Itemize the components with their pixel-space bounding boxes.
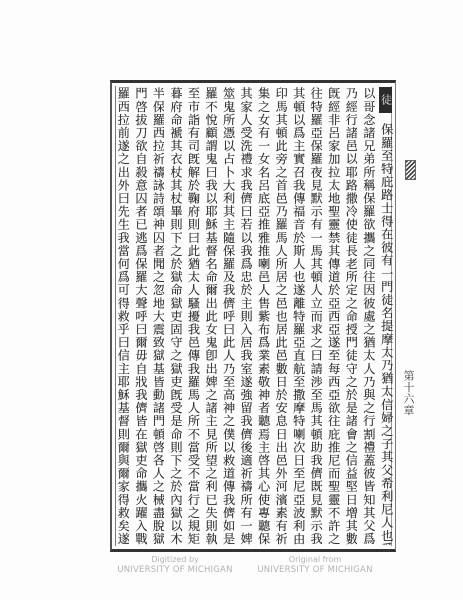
text-column: 印馬其頓此旁之首邑乃羅馬人所居之邑也居此邑數日於安息日出邑外河濱素有祈禱處坐而傳… [274, 87, 287, 545]
text-column: 羅不悅顧謂鬼曰我以耶穌基督名命爾出此女鬼卽出婢之諸主見所望之利已失則執保羅西拉曳 [204, 87, 217, 545]
text-column: 暮府命褫其衣杖其杖畢則下之於獄命獄吏固守之獄吏旣受是命則下之於內獄以木堅梏其足夜 [169, 87, 182, 545]
watermark-institution: UNIVERSITY OF MICHIGAN [250, 565, 380, 575]
text-column: 其家人受洗禮求我儕曰若以我爲忠於主則入居我室遂強留我儕後適祈禱所有一婢遇我儕爲卜 [239, 87, 252, 545]
digitized-by-watermark: Digitized by UNIVERSITY OF MICHIGAN [110, 555, 240, 575]
watermark-caption: Original from [250, 555, 380, 565]
text-column: 往特羅亞保羅夜見默示有一馬其頓人立而求之曰請渉至馬其頓助我儕既見默示我儕遂圖往馬 [309, 87, 322, 545]
text-columns: 徒行 保羅至特庇路士得在彼有一門徒名提摩太乃猶太信婦之子其父希利尼人也爲路士得 … [116, 87, 393, 545]
right-margin: 第十六章 [396, 80, 426, 552]
text-column: 門啓拔刀欲自殺意囚者已逃爲保羅大聲呼曰爾毋自戕我儕皆在獄吏命攜火躍入戰慄俯伏於保 [134, 87, 147, 545]
text-column: 羅西拉前遂之出外曰先生我當何爲可得救乎曰信主耶穌基督則爾與爾家得救矣遂以主之道誦 [116, 87, 129, 545]
text-column: 其頓以爲主實召我傳福音於斯人也遂離特羅亞直航至撒摩特喇次日至尼亞波利由彼往腓立比 [291, 87, 304, 545]
text-column: 筮鬼所憑以占卜大利其主隨保羅及我儕呼曰此人乃至高神之僕以救道傳我儕如是行此累日保 [221, 87, 234, 545]
header-column: 徒行 保羅至特庇路士得在彼有一門徒名提摩太乃猶太信婦之子其父希利尼人也爲路士得 [379, 87, 393, 545]
text-column: 以哥念諸兄弟所稱保羅欲攜之同往因彼處之猶太人乃與之行割禮蓋彼皆知其父爲希利尼人 [361, 87, 374, 545]
watermark-institution: UNIVERSITY OF MICHIGAN [110, 565, 240, 575]
chapter-label: 第十六章 [402, 370, 414, 416]
text-column: 乃經行諸邑以耶路撒冷使徒長老所定之命授門徒守之於是諸會之信益堅日增其數〇保羅諸人 [344, 87, 357, 545]
text-column: 旣經非呂家加拉太地聖靈禁其傳道於亞西亞遂至每西亞欲往庇推尼而聖靈不許之故過每西亞 [326, 87, 339, 545]
text-column: 至市詣有司旣解於鞠府則曰此猶太人騷擾我邑傳我羅馬人所不當受不當行之規矩衆齊起攻之 [186, 87, 199, 545]
fold-mark-icon [405, 160, 416, 180]
text-frame: 徒行 保羅至特庇路士得在彼有一門徒名提摩太乃猶太信婦之子其父希利尼人也爲路士得 … [110, 80, 396, 552]
text-column: 半保羅西拉祈禱詠詩頌神囚者聞之忽地大震致獄基皆動諸門頓啓各人之械盡脫獄吏醒見獄 [151, 87, 164, 545]
scanned-page: 徒行 保羅至特庇路士得在彼有一門徒名提摩太乃猶太信婦之子其父希利尼人也爲路士得 … [0, 0, 463, 600]
watermark-caption: Digitized by [110, 555, 240, 565]
text-column: 集之女有一女名呂底亞推雅推喇邑人售紫布爲業素敬神者聽焉主啓其心使專聽保羅所言彼與 [256, 87, 269, 545]
book-title-label: 徒行 [379, 87, 392, 113]
original-from-watermark: Original from UNIVERSITY OF MICHIGAN [250, 555, 380, 575]
text-column: 保羅至特庇路士得在彼有一門徒名提摩太乃猶太信婦之子其父希利尼人也爲路士得 [379, 123, 392, 546]
